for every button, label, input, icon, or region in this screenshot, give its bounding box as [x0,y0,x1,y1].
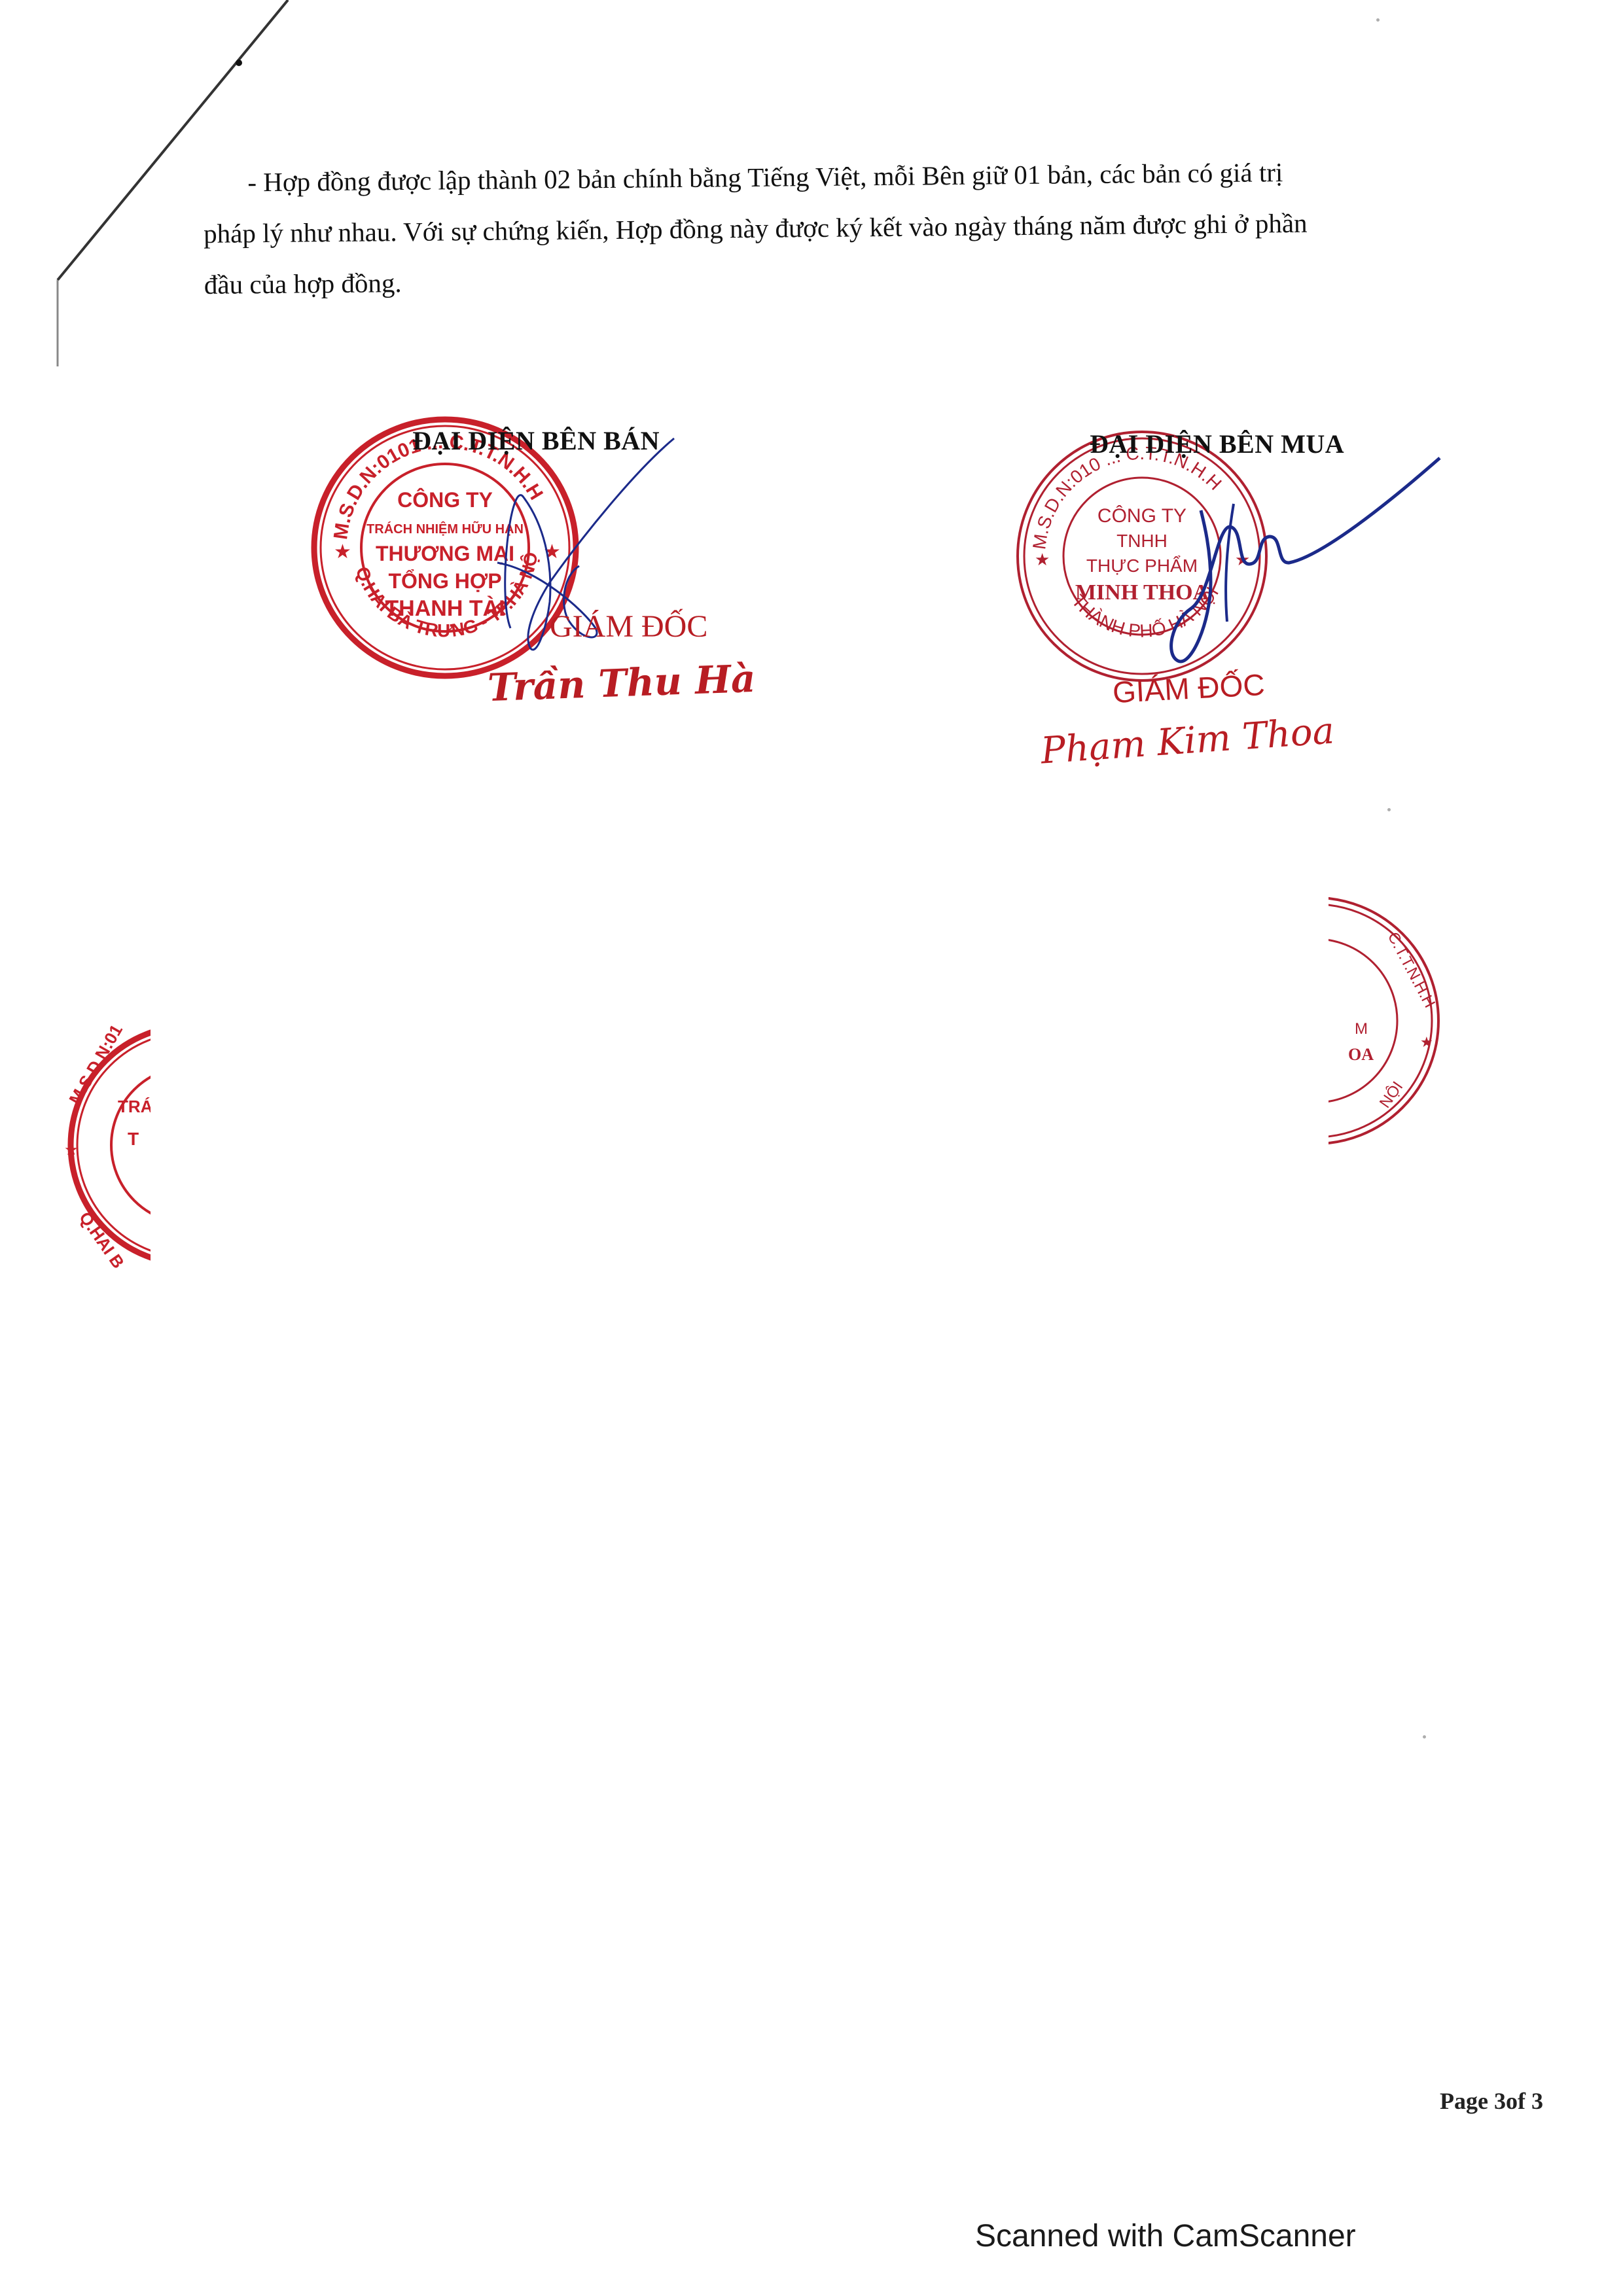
camscanner-watermark: Scanned with CamScanner [975,2218,1356,2254]
left-margin-partial-seal: M.S.D.N:01 TRÁ T ★ Q.HAI B [52,1021,151,1269]
buyer-name: Phạm Kim Thoa [1039,709,1336,772]
right-seal-ring-text: C.T.T.N.H.H [1384,929,1438,1011]
svg-text:TRÁ: TRÁ [118,1097,151,1116]
left-seal-ring-text: M.S.D.N:01 [65,1021,126,1108]
svg-text:T: T [128,1129,139,1149]
svg-text:★: ★ [1035,550,1050,569]
scan-speck [1423,1735,1426,1739]
buyer-title: GIÁM ĐỐC [1112,667,1266,710]
right-margin-partial-seal: C.T.T.N.H.H M OA ★ NỘI [1329,890,1440,1152]
closing-paragraph: - Hợp đồng được lập thành 02 bản chính b… [203,145,1474,310]
svg-text:OA: OA [1348,1045,1374,1064]
page-number: Page 3of 3 [1440,2087,1543,2115]
svg-text:★: ★ [64,1142,79,1159]
scan-speck [1387,808,1391,811]
svg-text:M: M [1355,1020,1368,1038]
scan-speck [1376,18,1380,22]
buyer-signature [1113,451,1453,680]
svg-text:★: ★ [334,541,351,563]
svg-text:★: ★ [1420,1034,1433,1050]
seller-name: Trần Thu Hà [487,656,757,710]
seller-title: GIÁM ĐỐC [550,609,707,645]
